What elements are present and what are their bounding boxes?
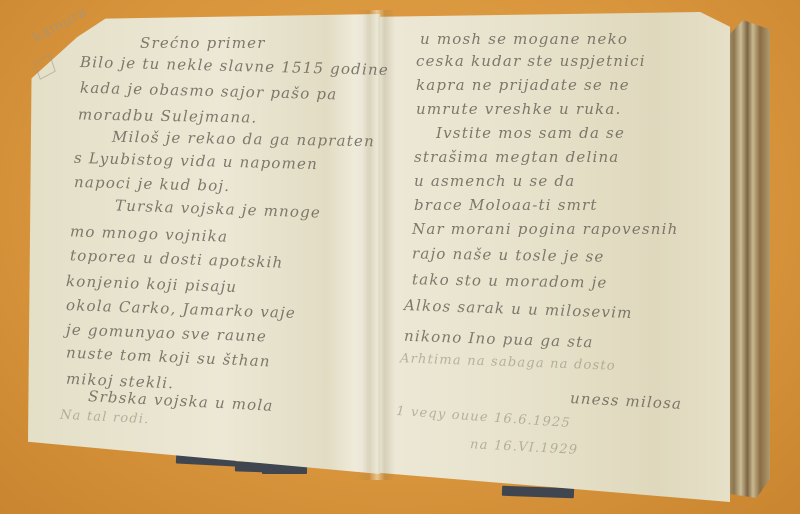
handwritten-line: moradbu Sulejmana. (78, 105, 258, 126)
handwritten-line: u mosh se mogane neko (420, 30, 628, 48)
page-stack-edge (725, 20, 770, 498)
handwritten-line: Ivstite mos sam da se (436, 124, 625, 142)
handwritten-line: Srećno primer (140, 34, 266, 52)
notebook-photo: Srećno primer Bilo je tu nekle slavne 15… (0, 0, 800, 514)
handwritten-line: u asmench u se da (414, 172, 575, 190)
handwritten-line: brace Moloaa-ti smrt (414, 196, 598, 214)
handwritten-line: tako sto u moradom je (412, 270, 608, 291)
handwritten-line: umrute vreshke u ruka. (416, 100, 621, 118)
handwritten-line: Nar morani pogina rapovesnih (412, 220, 679, 238)
handwritten-line: strašima megtan delina (414, 148, 619, 166)
center-fold (355, 10, 395, 480)
handwritten-line: rajo naše u tosle je se (412, 244, 605, 265)
handwritten-line: ceska kudar ste uspjetnici (416, 52, 646, 70)
handwritten-line: kapra ne prijadate se ne (416, 76, 630, 94)
